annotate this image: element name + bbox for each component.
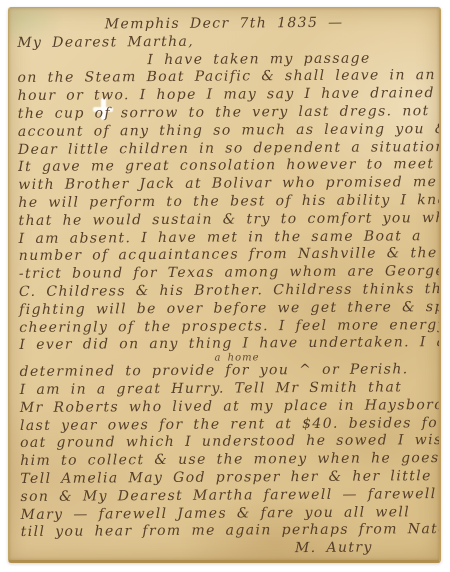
letter-lines: Memphis Decr 7th 1835 —My Dearest Martha… (17, 14, 435, 560)
letter-line-signature: M. Autry (21, 539, 435, 560)
letter-page: Memphis Decr 7th 1835 —My Dearest Martha… (8, 7, 441, 563)
scan-background: Memphis Decr 7th 1835 —My Dearest Martha… (0, 0, 450, 572)
